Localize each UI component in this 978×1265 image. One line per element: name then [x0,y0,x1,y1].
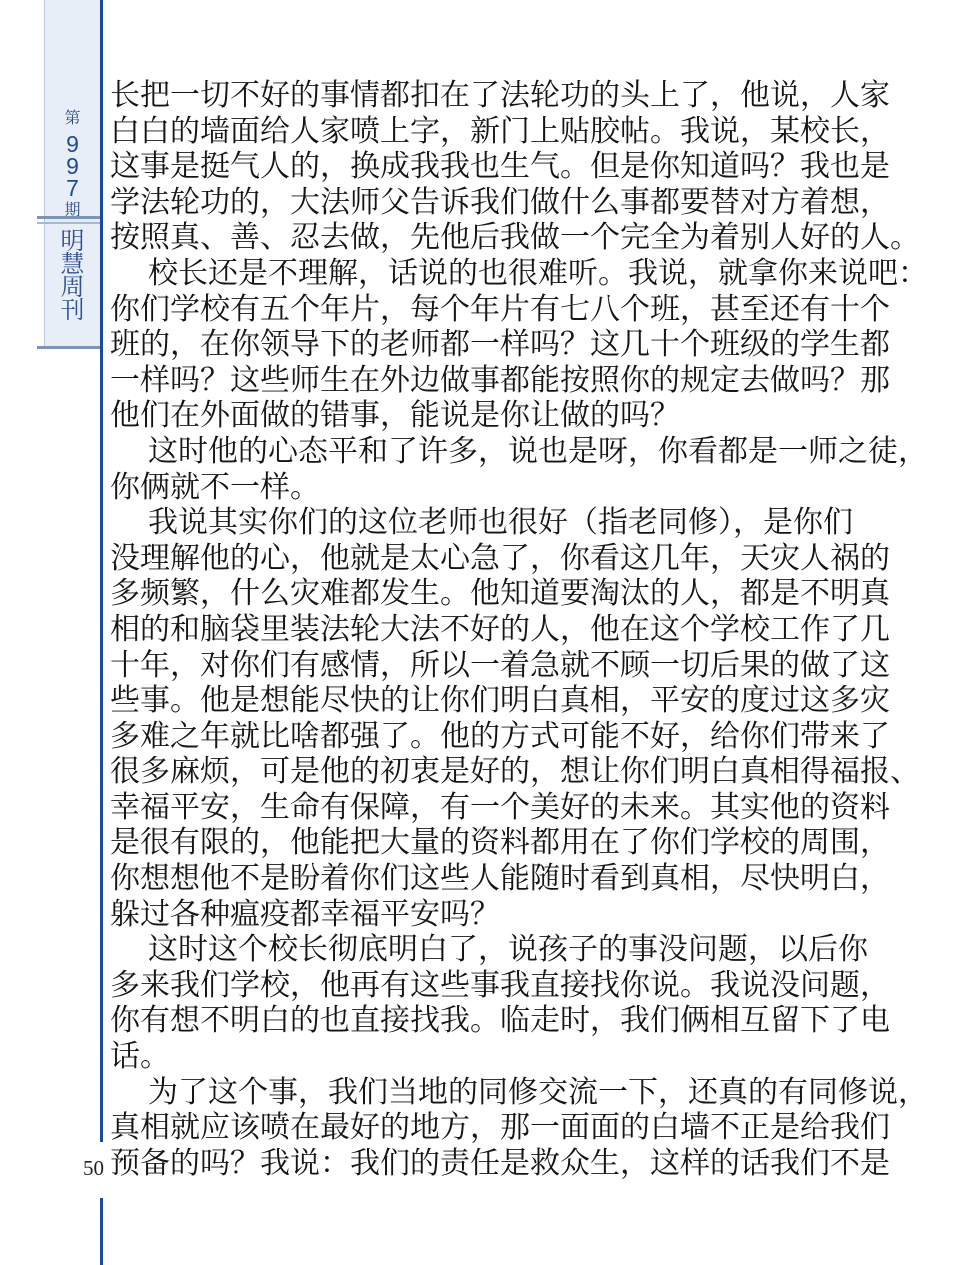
body-text-line: 你们学校有五个年片，每个年片有七八个班，甚至还有十个 [110,292,910,328]
body-text-line: 长把一切不好的事情都扣在了法轮功的头上了，他说，人家 [110,78,910,114]
body-text-line: 些事。他是想能尽快的让你们明白真相，平安的度过这多灾 [110,683,910,719]
journal-title-char: 慧 [61,254,85,277]
body-text-line: 你想想他不是盼着你们这些人能随时看到真相，尽快明白， [110,861,910,897]
issue-number-block: 第 9 9 7 期 [44,110,101,220]
body-text: 长把一切不好的事情都扣在了法轮功的头上了，他说，人家白白的墙面给人家喷上字，新门… [110,78,910,1181]
body-text-line: 为了这个事，我们当地的同修交流一下，还真的有同修说， [110,1075,910,1111]
issue-digit: 7 [66,177,79,199]
body-text-line: 你俩就不一样。 [110,470,910,506]
sidebar-vertical-rule-bottom [100,1198,103,1265]
journal-title-char: 周 [61,277,85,300]
body-text-line: 这时他的心态平和了许多，说也是呀，你看都是一师之徒， [110,434,910,470]
journal-title-char: 明 [61,231,85,254]
body-text-line: 话。 [110,1039,910,1075]
body-text-line: 这事是挺气人的，换成我我也生气。但是你知道吗？我也是 [110,149,910,185]
body-text-line: 学法轮功的，大法师父告诉我们做什么事都要替对方着想， [110,185,910,221]
body-text-line: 相的和脑袋里装法轮大法不好的人，他在这个学校工作了几 [110,612,910,648]
body-text-line: 十年，对你们有感情，所以一着急就不顾一切后果的做了这 [110,648,910,684]
body-text-line: 很多麻烦，可是他的初衷是好的，想让你们明白真相得福报、 [110,754,910,790]
page-number: 50 [80,1156,104,1181]
body-text-line: 多来我们学校，他再有这些事我直接找你说。我说没问题， [110,968,910,1004]
body-text-line: 躲过各种瘟疫都幸福平安吗？ [110,897,910,933]
body-text-line: 一样吗？这些师生在外边做事都能按照你的规定去做吗？那 [110,363,910,399]
body-text-line: 你有想不明白的也直接找我。临走时，我们俩相互留下了电 [110,1003,910,1039]
sidebar-band-bottom-rule [37,346,103,349]
issue-digit: 9 [66,155,79,177]
body-text-line: 预备的吗？我说：我们的责任是救众生，这样的话我们不是 [110,1146,910,1182]
sidebar-divider-upper [37,216,103,219]
body-text-line: 白白的墙面给人家喷上字，新门上贴胶帖。我说，某校长， [110,114,910,150]
body-text-line: 是很有限的，他能把大量的资料都用在了你们学校的周围， [110,825,910,861]
body-text-line: 多难之年就比啥都强了。他的方式可能不好，给你们带来了 [110,719,910,755]
page: 第 9 9 7 期 明 慧 周 刊 50 长把一切不好的事情都扣在了法轮功的头上… [0,0,978,1265]
journal-title-char: 刊 [61,300,85,323]
body-text-line: 按照真、善、忍去做，先他后我做一个完全为着别人好的人。 [110,220,910,256]
body-text-line: 校长还是不理解，话说的也很难听。我说，就拿你来说吧： [110,256,910,292]
body-text-line: 真相就应该喷在最好的地方，那一面面的白墙不正是给我们 [110,1110,910,1146]
body-text-line: 我说其实你们的这位老师也很好（指老同修），是你们 [110,505,910,541]
body-text-line: 这时这个校长彻底明白了，说孩子的事没问题，以后你 [110,932,910,968]
body-text-line: 多频繁，什么灾难都发生。他知道要淘汰的人，都是不明真 [110,576,910,612]
body-text-line: 幸福平安，生命有保障，有一个美好的未来。其实他的资料 [110,790,910,826]
body-text-line: 没理解他的心，他就是太心急了，你看这几年，天灾人祸的 [110,541,910,577]
issue-digit: 9 [66,133,79,155]
sidebar-divider-lower [37,222,103,224]
body-text-line: 班的，在你领导下的老师都一样吗？这几十个班级的学生都 [110,327,910,363]
issue-prefix-label: 第 [64,110,80,128]
journal-title-block: 明 慧 周 刊 [44,231,101,323]
body-text-line: 他们在外面做的错事，能说是你让做的吗？ [110,398,910,434]
sidebar-vertical-rule-top [100,0,103,1142]
